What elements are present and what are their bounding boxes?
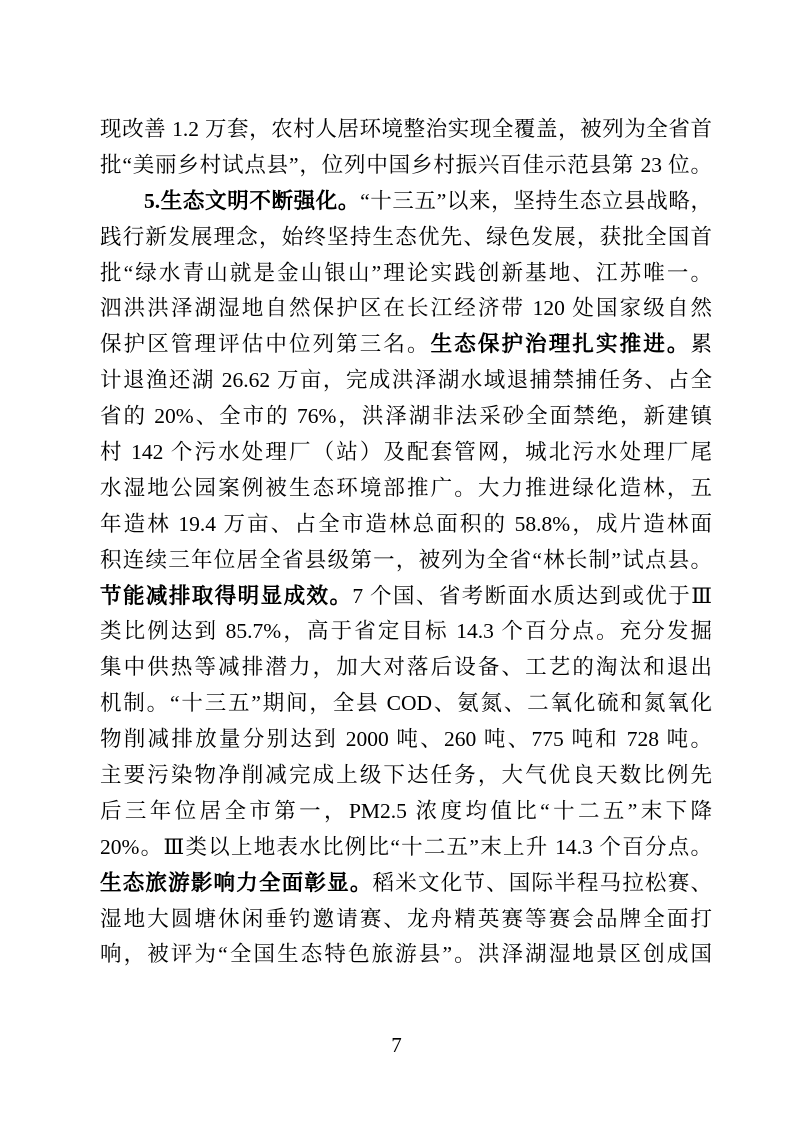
text-line: 省的 20%、全市的 76%，洪泽湖非法采砂全面禁绝，新建镇 xyxy=(100,399,712,435)
text-line: 计退渔还湖 26.62 万亩，完成洪泽湖水域退捕禁捕任务、占全 xyxy=(100,363,712,399)
text-line: 年造林 19.4 万亩、占全市造林总面积的 58.8%，成片造林面 xyxy=(100,507,712,543)
text-line: 泗洪洪泽湖湿地自然保护区在长江经济带 120 处国家级自然 xyxy=(100,291,712,327)
text-line: 机制。“十三五”期间，全县 COD、氨氮、二氧化硫和氮氧化 xyxy=(100,686,712,722)
body-text: 村 142 个污水处理厂（站）及配套管网，城北污水处理厂尾 xyxy=(100,440,712,464)
body-text: 践行新发展理念，始终坚持生态优先、绿色发展，获批全国首 xyxy=(100,225,712,249)
body-text: 累 xyxy=(690,332,712,356)
text-line: 物削减排放量分别达到 2000 吨、260 吨、775 吨和 728 吨。 xyxy=(100,722,712,758)
text-line: 保护区管理评估中位列第三名。生态保护治理扎实推进。累 xyxy=(100,327,712,363)
text-line: 生态旅游影响力全面彰显。稻米文化节、国际半程马拉松赛、 xyxy=(100,866,712,902)
body-text: “十三五”以来，坚持生态立县战略， xyxy=(360,189,712,213)
body-text: 主要污染物净削减完成上级下达任务，大气优良天数比例先 xyxy=(100,763,712,787)
text-line: 响，被评为“全国生态特色旅游县”。洪泽湖湿地景区创成国 xyxy=(100,937,712,973)
body-text: 集中供热等减排潜力，加大对落后设备、工艺的淘汰和退出 xyxy=(100,655,712,679)
text-line: 湿地大圆塘休闲垂钓邀请赛、龙舟精英赛等赛会品牌全面打 xyxy=(100,902,712,938)
body-text: 物削减排放量分别达到 2000 吨、260 吨、775 吨和 728 吨。 xyxy=(100,727,712,751)
body-text: 稻米文化节、国际半程马拉松赛、 xyxy=(373,871,712,895)
body-text: 机制。“十三五”期间，全县 COD、氨氮、二氧化硫和氮氧化 xyxy=(100,691,712,715)
body-text: 积连续三年位居全省县级第一，被列为全省“林长制”试点县。 xyxy=(100,548,712,572)
text-line: 后三年位居全市第一，PM2.5 浓度均值比“十二五”末下降 xyxy=(100,794,712,830)
body-text: 泗洪洪泽湖湿地自然保护区在长江经济带 120 处国家级自然 xyxy=(100,296,712,320)
text-line: 节能减排取得明显成效。7 个国、省考断面水质达到或优于Ⅲ xyxy=(100,579,712,615)
document-body: 现改善 1.2 万套，农村人居环境整治实现全覆盖，被列为全省首批“美丽乡村试点县… xyxy=(100,112,712,973)
body-text: 湿地大圆塘休闲垂钓邀请赛、龙舟精英赛等赛会品牌全面打 xyxy=(100,907,712,931)
body-text: 响，被评为“全国生态特色旅游县”。洪泽湖湿地景区创成国 xyxy=(100,942,712,966)
body-text: 批“美丽乡村试点县”，位列中国乡村振兴百佳示范县第 23 位。 xyxy=(100,153,712,177)
body-text: 水湿地公园案例被生态环境部推广。大力推进绿化造林，五 xyxy=(100,476,712,500)
emphasis-text: 5.生态文明不断强化。 xyxy=(144,189,360,213)
body-text: 现改善 1.2 万套，农村人居环境整治实现全覆盖，被列为全省首 xyxy=(100,117,712,141)
text-line: 水湿地公园案例被生态环境部推广。大力推进绿化造林，五 xyxy=(100,471,712,507)
text-line: 类比例达到 85.7%，高于省定目标 14.3 个百分点。充分发掘 xyxy=(100,614,712,650)
body-text: 年造林 19.4 万亩、占全市造林总面积的 58.8%，成片造林面 xyxy=(100,512,712,536)
emphasis-text: 节能减排取得明显成效。 xyxy=(100,584,352,608)
text-line: 批“绿水青山就是金山银山”理论实践创新基地、江苏唯一。 xyxy=(100,256,712,292)
text-line: 践行新发展理念，始终坚持生态优先、绿色发展，获批全国首 xyxy=(100,220,712,256)
body-text: 批“绿水青山就是金山银山”理论实践创新基地、江苏唯一。 xyxy=(100,261,712,285)
body-text: 保护区管理评估中位列第三名。 xyxy=(100,332,431,356)
body-text: 计退渔还湖 26.62 万亩，完成洪泽湖水域退捕禁捕任务、占全 xyxy=(100,368,712,392)
emphasis-text: 生态旅游影响力全面彰显。 xyxy=(100,871,373,895)
text-line: 村 142 个污水处理厂（站）及配套管网，城北污水处理厂尾 xyxy=(100,435,712,471)
body-text: 后三年位居全市第一，PM2.5 浓度均值比“十二五”末下降 xyxy=(100,799,712,823)
page-number: 7 xyxy=(0,1030,793,1060)
text-line: 现改善 1.2 万套，农村人居环境整治实现全覆盖，被列为全省首 xyxy=(100,112,712,148)
text-line: 主要污染物净削减完成上级下达任务，大气优良天数比例先 xyxy=(100,758,712,794)
text-line: 集中供热等减排潜力，加大对落后设备、工艺的淘汰和退出 xyxy=(100,650,712,686)
text-line: 积连续三年位居全省县级第一，被列为全省“林长制”试点县。 xyxy=(100,543,712,579)
body-text: 省的 20%、全市的 76%，洪泽湖非法采砂全面禁绝，新建镇 xyxy=(100,404,712,428)
text-line: 批“美丽乡村试点县”，位列中国乡村振兴百佳示范县第 23 位。 xyxy=(100,148,712,184)
body-text: 20%。Ⅲ类以上地表水比例比“十二五”末上升 14.3 个百分点。 xyxy=(100,835,712,859)
body-text: 7 个国、省考断面水质达到或优于Ⅲ xyxy=(352,584,712,608)
document-page: 现改善 1.2 万套，农村人居环境整治实现全覆盖，被列为全省首批“美丽乡村试点县… xyxy=(0,0,793,1122)
emphasis-text: 生态保护治理扎实推进。 xyxy=(431,332,691,356)
text-line: 20%。Ⅲ类以上地表水比例比“十二五”末上升 14.3 个百分点。 xyxy=(100,830,712,866)
text-line: 5.生态文明不断强化。“十三五”以来，坚持生态立县战略， xyxy=(100,184,712,220)
body-text: 类比例达到 85.7%，高于省定目标 14.3 个百分点。充分发掘 xyxy=(100,619,712,643)
